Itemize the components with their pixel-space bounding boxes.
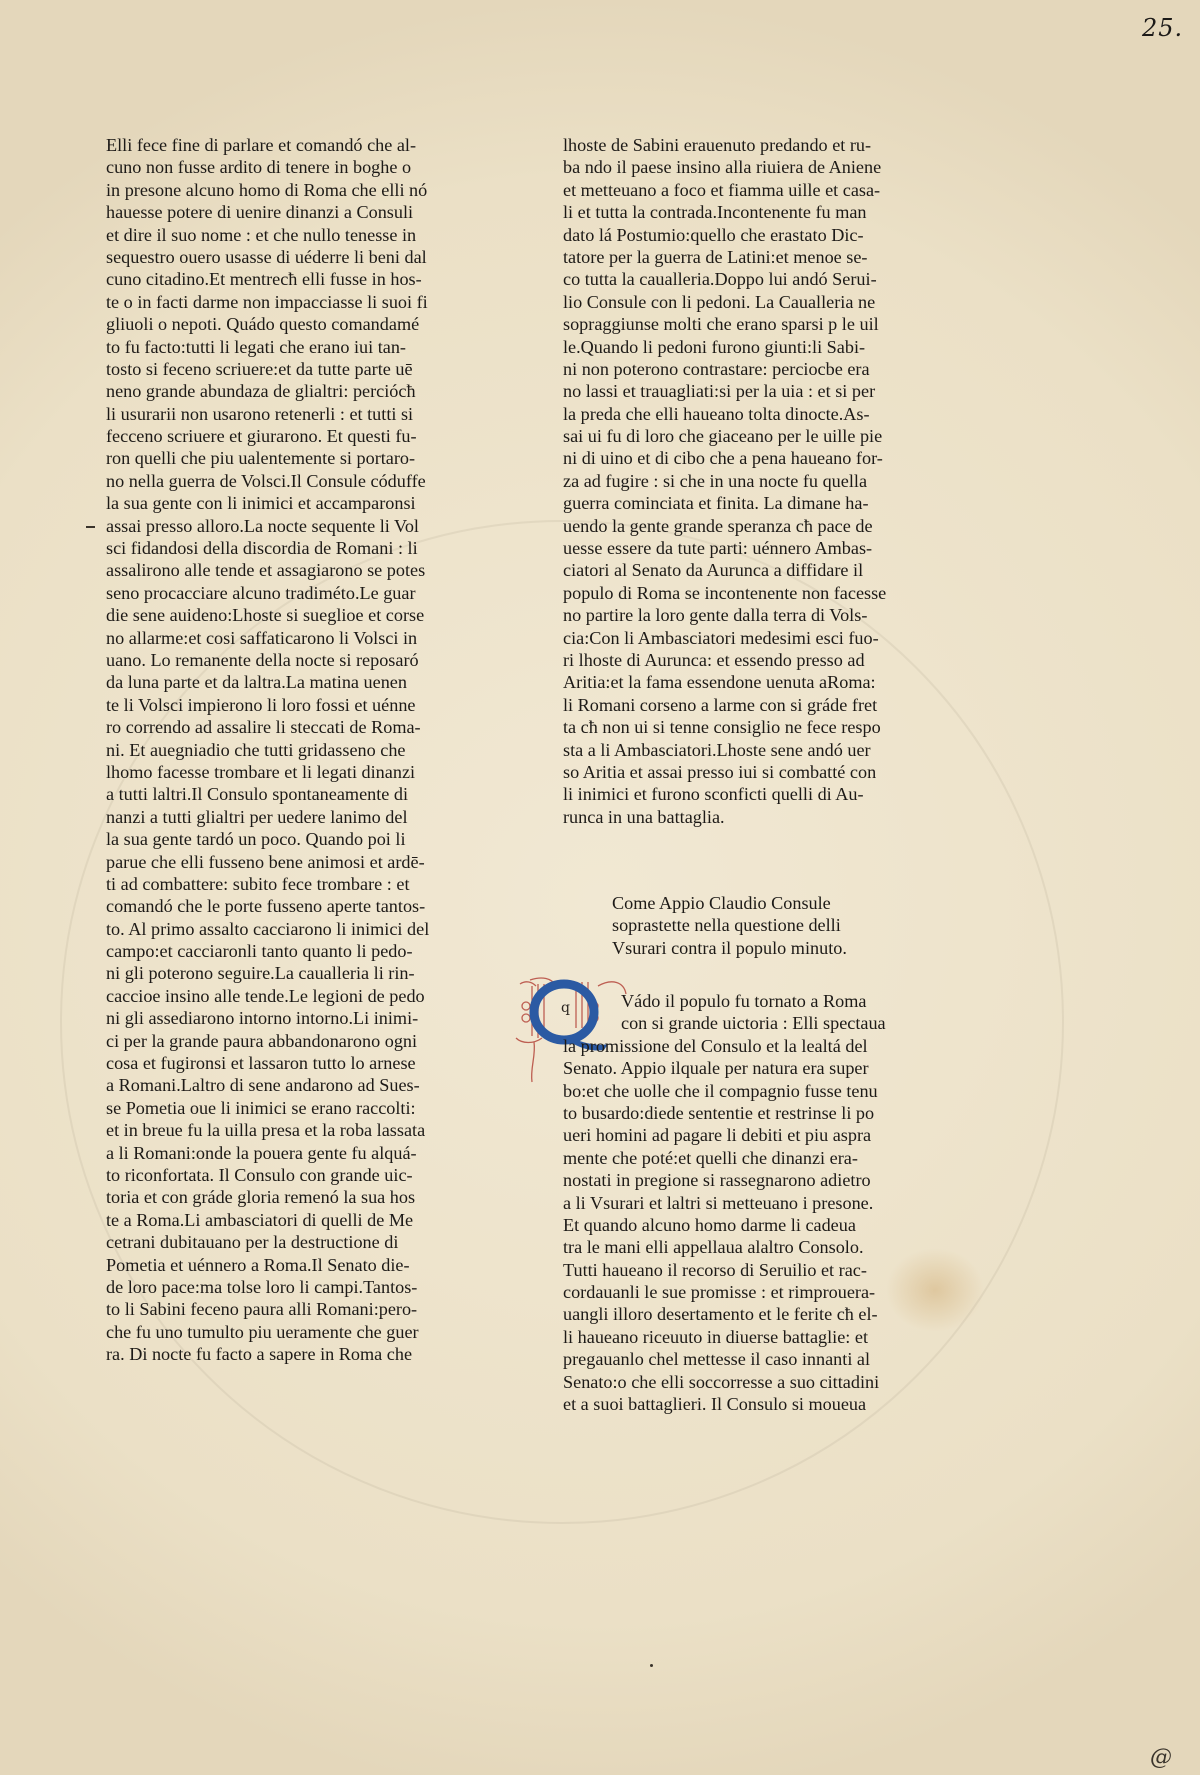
incunabulum-page: 25. Elli fece fine di parlare et comandó…	[0, 0, 1200, 1775]
text-line: Senato. Appio ilquale per natura era sup…	[563, 1057, 886, 1079]
text-line: hauesse potere di uenire dinanzi a Consu…	[106, 201, 476, 223]
stray-mark	[650, 1664, 653, 1667]
text-line: tatore per la guerra de Latini:et menoe …	[563, 246, 933, 268]
margin-mark	[86, 526, 95, 528]
text-line: li usurarii non usarono retenerli : et t…	[106, 403, 476, 425]
text-line: die sene auideno:Lhoste si sueglioe et c…	[106, 604, 476, 626]
text-line: so Aritia et assai presso iui si combatt…	[563, 761, 933, 783]
heading-line: Vsurari contra il populo minuto.	[612, 937, 847, 959]
text-line: da luna parte et da laltra.La matina uen…	[106, 671, 476, 693]
text-line: no nella guerra de Volsci.Il Consule cód…	[106, 470, 476, 492]
text-line: to riconfortata. Il Consulo con grande u…	[106, 1164, 476, 1186]
text-line: ni gli poterono seguire.La caualleria li…	[106, 962, 476, 984]
text-line: et dire il suo nome : et che nullo tenes…	[106, 224, 476, 246]
text-line: co tutta la caualleria.Doppo lui andó Se…	[563, 268, 933, 290]
text-line: se Pometia oue li inimici se erano racco…	[106, 1097, 476, 1119]
text-line: ni. Et auegniadio che tutti gridasseno c…	[106, 739, 476, 761]
text-line: sopraggiunse molti che erano sparsi p le…	[563, 313, 933, 335]
text-line: cuno citadino.Et mentrecħ elli fusse in …	[106, 268, 476, 290]
left-text-column: Elli fece fine di parlare et comandó che…	[106, 134, 476, 1365]
text-line: et metteuano a foco et fiamma uille et c…	[563, 179, 933, 201]
heading-line: Come Appio Claudio Consule	[612, 892, 847, 914]
text-line: et in breue fu la uilla presa et la roba…	[106, 1119, 476, 1141]
text-line: uano. Lo remanente della nocte si reposa…	[106, 649, 476, 671]
text-line: parue che elli fusseno bene animosi et a…	[106, 851, 476, 873]
chapter-body-text: Vádo il populo fu tornato a Romacon si g…	[563, 990, 886, 1415]
text-line: te li Volsci impierono li loro fossi et …	[106, 694, 476, 716]
text-line: toria et con gráde gloria remenó la sua …	[106, 1186, 476, 1208]
text-line: Elli fece fine di parlare et comandó che…	[106, 134, 476, 156]
text-line: ni di uino et di cibo che a pena haueano…	[563, 447, 933, 469]
corner-annotation: @	[1150, 1745, 1172, 1770]
text-line: ni non poterono contrastare: perciocbe e…	[563, 358, 933, 380]
text-line: no partire la loro gente dalla terra di …	[563, 604, 933, 626]
text-line: in presone alcuno homo di Roma che elli …	[106, 179, 476, 201]
text-line: campo:et cacciaronli tanto quanto li ped…	[106, 940, 476, 962]
text-line: Senato:o che elli soccorresse a suo citt…	[563, 1371, 886, 1393]
text-line: te o in facti darme non impacciasse li s…	[106, 291, 476, 313]
text-line: sequestro ouero usasse di uéderre li ben…	[106, 246, 476, 268]
text-line: le.Quando li pedoni furono giunti:li Sab…	[563, 336, 933, 358]
text-line: a li Vsurari et laltri si metteuano i pr…	[563, 1192, 886, 1214]
text-line: fecceno scriuere et giurarono. Et questi…	[106, 425, 476, 447]
text-line: lio Consule con li pedoni. La Caualleria…	[563, 291, 933, 313]
text-line: a Romani.Laltro di sene andarono ad Sues…	[106, 1074, 476, 1096]
text-line: ro correndo ad assalire li steccati de R…	[106, 716, 476, 738]
text-line: de loro pace:ma tolse loro li campi.Tant…	[106, 1276, 476, 1298]
text-line: caccioe insino alle tende.Le legioni de …	[106, 985, 476, 1007]
text-line: et a suoi battaglieri. Il Consulo si mou…	[563, 1393, 886, 1415]
text-line: ueri homini ad pagare li debiti et piu a…	[563, 1124, 886, 1146]
text-line: cordauanli le sue promisse : et rimproue…	[563, 1281, 886, 1303]
text-line: assai presso alloro.La nocte sequente li…	[106, 515, 476, 537]
text-line: la sua gente con li inimici et accamparo…	[106, 492, 476, 514]
text-line: li inimici et furono sconficti quelli di…	[563, 783, 933, 805]
text-line: sci fidandosi della discordia de Romani …	[106, 537, 476, 559]
text-line: ciatori al Senato da Aurunca a diffidare…	[563, 559, 933, 581]
text-line: guerra cominciata et finita. La dimane h…	[563, 492, 933, 514]
text-line: li Romani corseno a larme con si gráde f…	[563, 694, 933, 716]
text-line: Vádo il populo fu tornato a Roma	[563, 990, 886, 1012]
text-line: uendo la gente grande speranza cħ pace d…	[563, 515, 933, 537]
text-line: cosa et fugironsi et lassaron tutto lo a…	[106, 1052, 476, 1074]
text-line: pregauanlo chel mettesse il caso innanti…	[563, 1348, 886, 1370]
heading-line: soprastette nella questione delli	[612, 914, 847, 936]
folio-number: 25.	[1142, 14, 1183, 42]
text-line: la sua gente tardó un poco. Quando poi l…	[106, 828, 476, 850]
text-line: li haueano riceuuto in diuerse battaglie…	[563, 1326, 886, 1348]
text-line: a tutti laltri.Il Consulo spontaneamente…	[106, 783, 476, 805]
text-line: uesse essere da tute parti: uénnero Amba…	[563, 537, 933, 559]
text-line: to. Al primo assalto cacciarono li inimi…	[106, 918, 476, 940]
text-line: uangli illoro desertamento et le ferite …	[563, 1303, 886, 1325]
text-line: gliuoli o nepoti. Quádo questo comandamé	[106, 313, 476, 335]
text-line: no allarme:et cosi saffaticarono li Vols…	[106, 627, 476, 649]
text-line: cetrani dubitauano per la destructione d…	[106, 1231, 476, 1253]
text-line: sai ui fu di loro che giaceano per le ui…	[563, 425, 933, 447]
text-line: tosto si feceno scriuere:et da tutte par…	[106, 358, 476, 380]
text-line: to fu facto:tutti li legati che erano iu…	[106, 336, 476, 358]
text-line: ci per la grande paura abbandonarono ogn…	[106, 1030, 476, 1052]
text-line: ba ndo il paese insino alla riuiera de A…	[563, 156, 933, 178]
text-line: che fu uno tumulto piu ueramente che gue…	[106, 1321, 476, 1343]
text-line: Tutti haueano il recorso di Seruilio et …	[563, 1259, 886, 1281]
text-line: la preda che elli haueano tolta dinocte.…	[563, 403, 933, 425]
text-line: cuno non fusse ardito di tenere in boghe…	[106, 156, 476, 178]
text-line: comandó che le porte fusseno aperte tant…	[106, 895, 476, 917]
text-line: to busardo:diede sententie et restrinse …	[563, 1102, 886, 1124]
text-line: assalirono alle tende et assagiarono se …	[106, 559, 476, 581]
text-line: tra le mani elli appellaua alaltro Conso…	[563, 1236, 886, 1258]
text-line: dato lá Postumio:quello che erastato Dic…	[563, 224, 933, 246]
text-line: ta cħ non ui si tenne consiglio ne fece …	[563, 716, 933, 738]
text-line: ra. Di nocte fu facto a sapere in Roma c…	[106, 1343, 476, 1365]
text-line: bo:et che uolle che il compagnio fusse t…	[563, 1080, 886, 1102]
text-line: lhomo facesse trombare et li legati dina…	[106, 761, 476, 783]
text-line: to li Sabini feceno paura alli Romani:pe…	[106, 1298, 476, 1320]
text-line: te a Roma.Li ambasciatori di quelli de M…	[106, 1209, 476, 1231]
text-line: nanzi a tutti glialtri per uedere lanimo…	[106, 806, 476, 828]
text-line: Aritia:et la fama essendone uenuta aRoma…	[563, 671, 933, 693]
text-line: ti ad combattere: subito fece trombare :…	[106, 873, 476, 895]
text-line: seno procacciare alcuno tradiméto.Le gua…	[106, 582, 476, 604]
text-line: ron quelli che piu ualentemente si porta…	[106, 447, 476, 469]
text-line: ri lhoste di Aurunca: et essendo presso …	[563, 649, 933, 671]
right-text-column: lhoste de Sabini erauenuto predando et r…	[563, 134, 933, 828]
text-line: runca in una battaglia.	[563, 806, 933, 828]
text-line: a li Romani:onde la pouera gente fu alqu…	[106, 1142, 476, 1164]
text-line: Et quando alcuno homo darme li cadeua	[563, 1214, 886, 1236]
text-line: la promissione del Consulo et la lealtá …	[563, 1035, 886, 1057]
text-line: lhoste de Sabini erauenuto predando et r…	[563, 134, 933, 156]
text-line: za ad fugire : si che in una nocte fu qu…	[563, 470, 933, 492]
text-line: no lassi et trauagliati:si per la uia : …	[563, 380, 933, 402]
text-line: nostati in pregione si rassegnarono adie…	[563, 1169, 886, 1191]
text-line: cia:Con li Ambasciatori medesimi esci fu…	[563, 627, 933, 649]
text-line: mente che poté:et quelli che dinanzi era…	[563, 1147, 886, 1169]
text-line: li et tutta la contrada.Incontenente fu …	[563, 201, 933, 223]
text-line: sta a li Ambasciatori.Lhoste sene andó u…	[563, 739, 933, 761]
text-line: populo di Roma se incontenente non faces…	[563, 582, 933, 604]
text-line: neno grande abundaza de glialtri: perció…	[106, 380, 476, 402]
chapter-heading: Come Appio Claudio Consulesoprastette ne…	[612, 892, 847, 959]
text-line: Pometia et uénnero a Roma.Il Senato die-	[106, 1254, 476, 1276]
text-line: con si grande uictoria : Elli spectaua	[563, 1012, 886, 1034]
text-line: ni gli assediarono intorno intorno.Li in…	[106, 1007, 476, 1029]
